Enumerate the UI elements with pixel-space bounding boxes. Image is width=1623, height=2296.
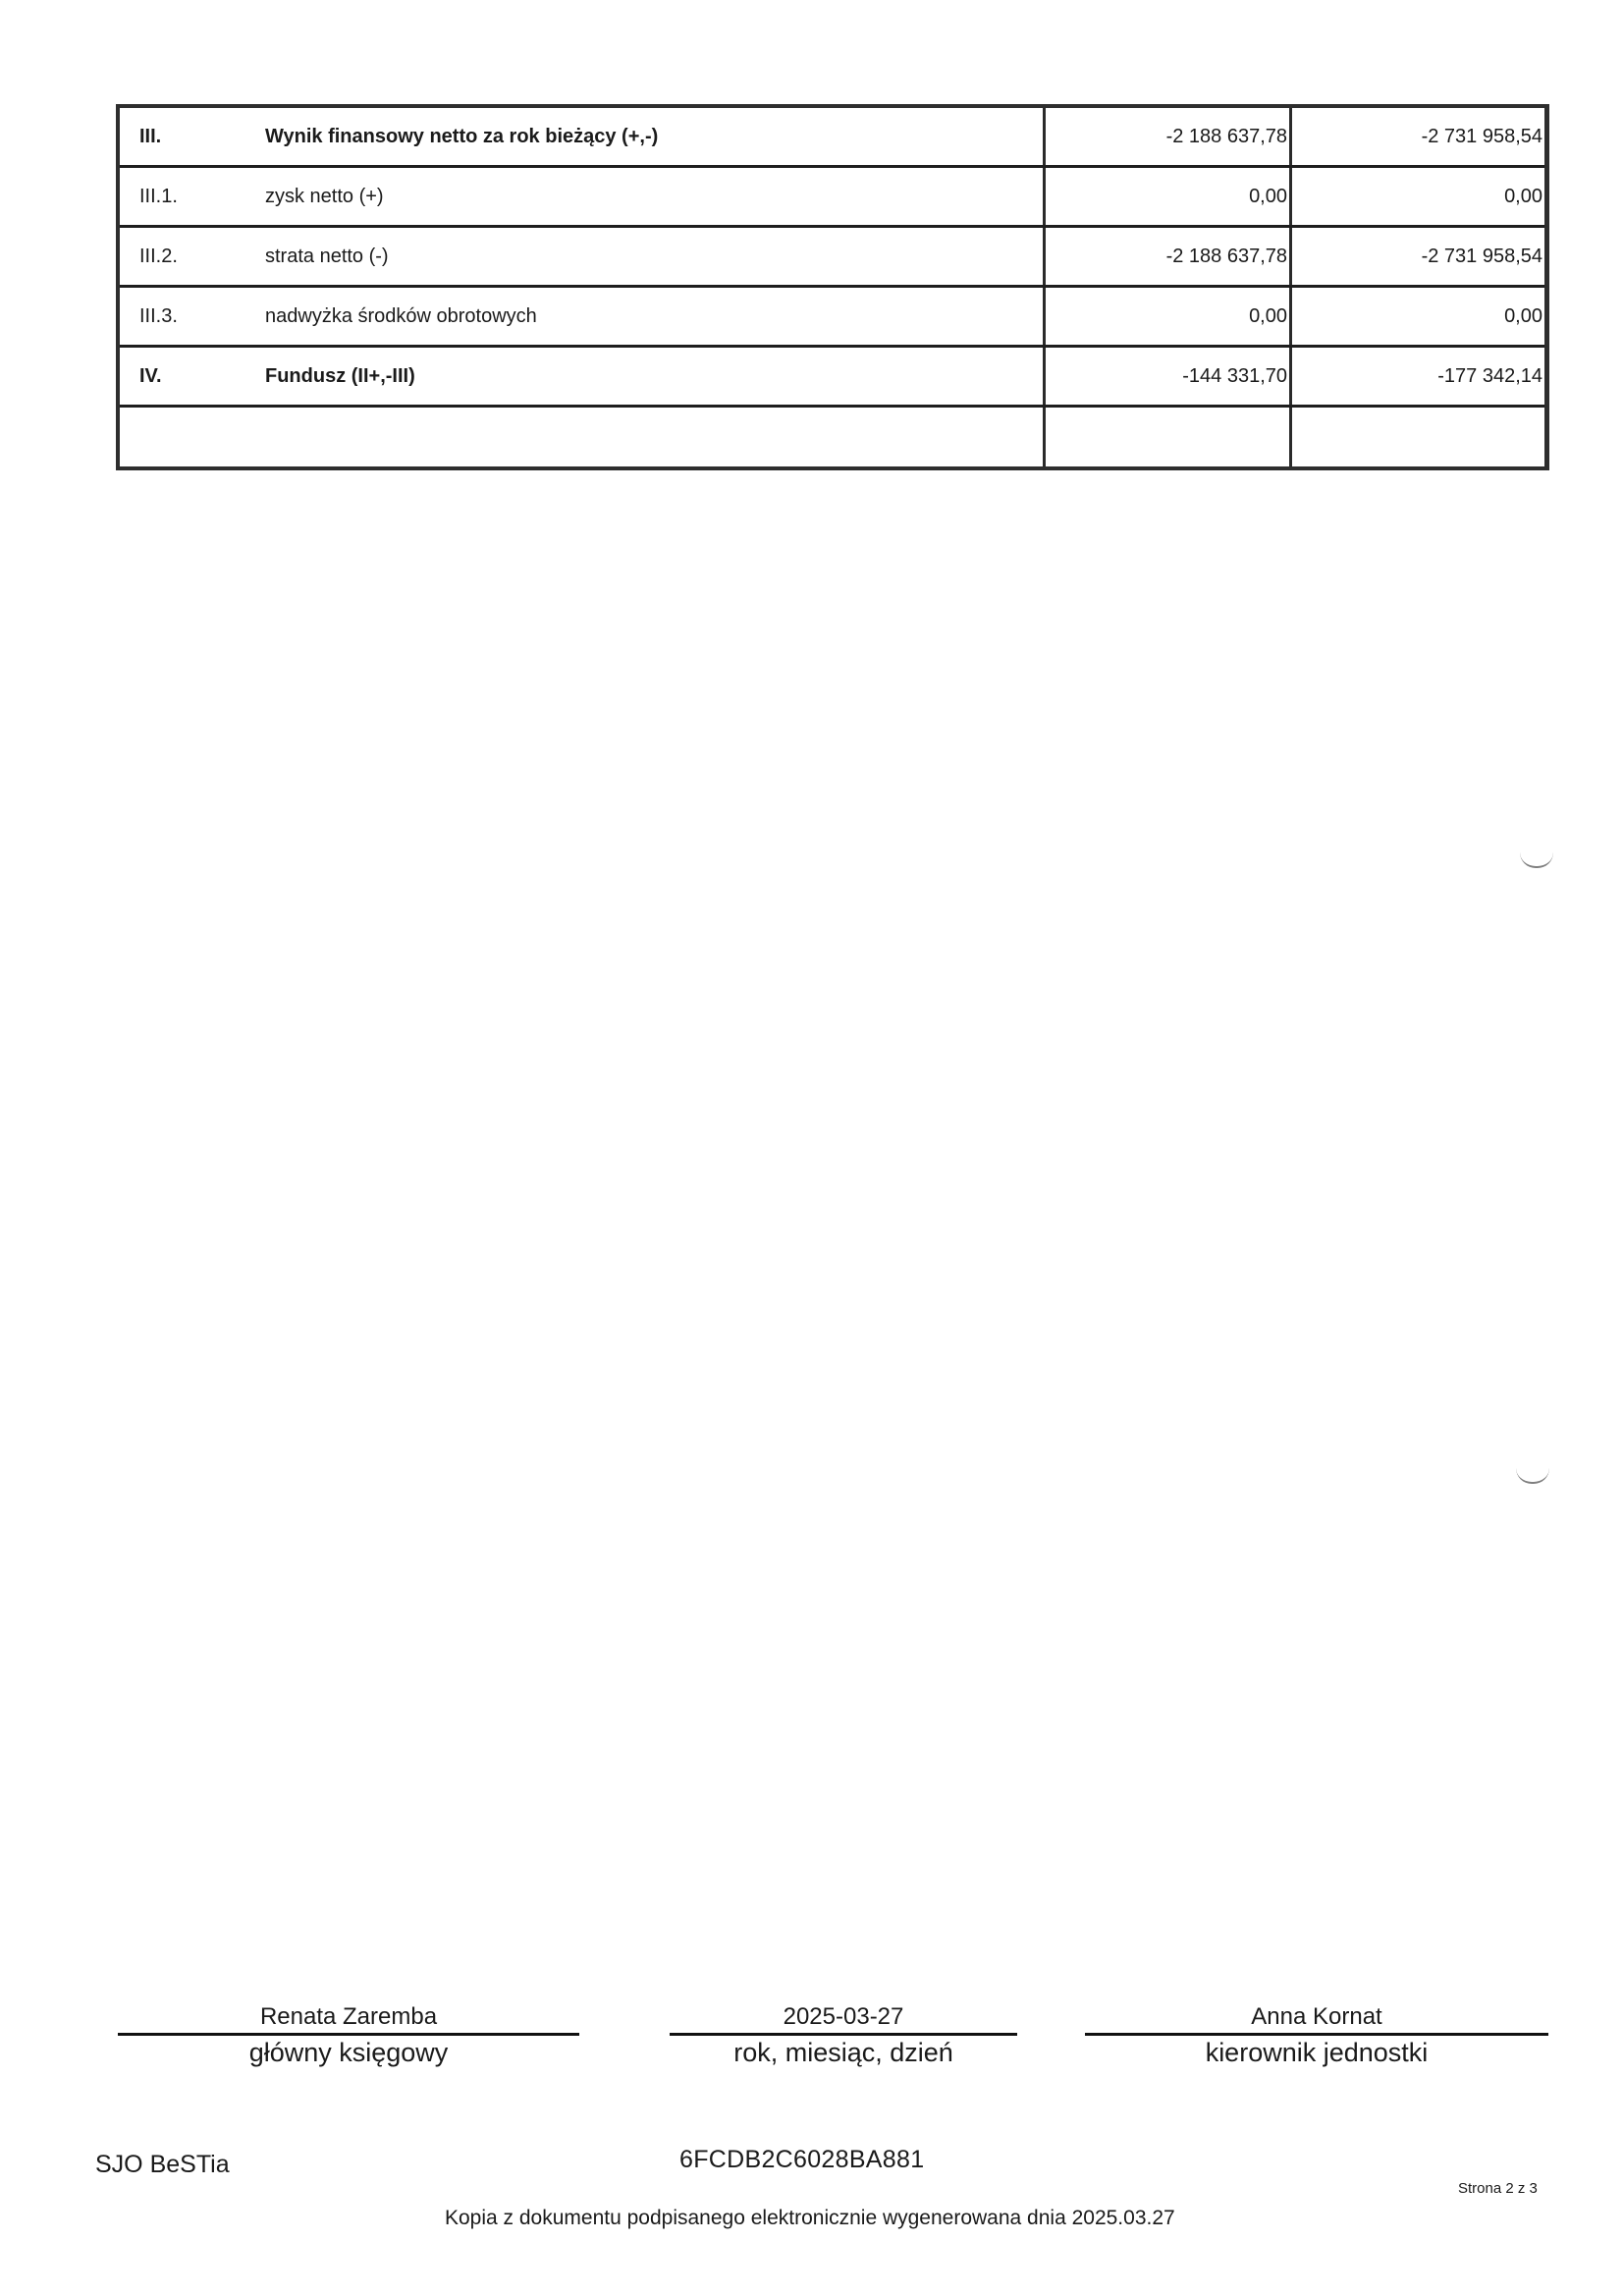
signatory-role: główny księgowy	[118, 2037, 579, 2068]
current-year-value	[1045, 407, 1291, 469]
previous-year-value	[1291, 407, 1547, 469]
previous-year-value: 0,00	[1291, 287, 1547, 347]
table-row: III.3. nadwyżka środków obrotowych 0,00 …	[118, 287, 1547, 347]
punch-hole-mark	[1516, 1468, 1549, 1484]
current-year-value: -2 188 637,78	[1045, 106, 1291, 167]
previous-year-value: -2 731 958,54	[1291, 106, 1547, 167]
previous-year-value: -2 731 958,54	[1291, 227, 1547, 287]
electronic-copy-note: Kopia z dokumentu podpisanego elektronic…	[445, 2207, 1175, 2230]
document-hash: 6FCDB2C6028BA881	[679, 2146, 924, 2174]
signature-date-value: 2025-03-27	[670, 2003, 1017, 2031]
row-number: IV.	[118, 347, 265, 407]
signature-date-caption: rok, miesiąc, dzień	[670, 2037, 1017, 2068]
current-year-value: 0,00	[1045, 287, 1291, 347]
current-year-value: -2 188 637,78	[1045, 227, 1291, 287]
signatory-name: Renata Zaremba	[118, 2003, 579, 2031]
financial-result-table: III. Wynik finansowy netto za rok bieżąc…	[116, 104, 1549, 470]
current-year-value: 0,00	[1045, 167, 1291, 227]
page-number: Strona 2 z 3	[1458, 2180, 1538, 2197]
signature-date: 2025-03-27 rok, miesiąc, dzień	[670, 2003, 1017, 2068]
row-number	[118, 407, 265, 469]
signatory-name: Anna Kornat	[1085, 2003, 1548, 2031]
row-number: III.3.	[118, 287, 265, 347]
row-label: strata netto (-)	[265, 227, 1045, 287]
previous-year-value: -177 342,14	[1291, 347, 1547, 407]
row-label: Fundusz (II+,-III)	[265, 347, 1045, 407]
row-number: III.	[118, 106, 265, 167]
row-label	[265, 407, 1045, 469]
row-label: nadwyżka środków obrotowych	[265, 287, 1045, 347]
row-label: Wynik finansowy netto za rok bieżący (+,…	[265, 106, 1045, 167]
signature-line	[118, 2033, 579, 2036]
signatory-role: kierownik jednostki	[1085, 2037, 1548, 2068]
table-row: III. Wynik finansowy netto za rok bieżąc…	[118, 106, 1547, 167]
signature-head: Anna Kornat kierownik jednostki	[1085, 2003, 1548, 2068]
current-year-value: -144 331,70	[1045, 347, 1291, 407]
table-row: III.2. strata netto (-) -2 188 637,78 -2…	[118, 227, 1547, 287]
system-name: SJO BeSTia	[95, 2151, 230, 2179]
previous-year-value: 0,00	[1291, 167, 1547, 227]
row-label: zysk netto (+)	[265, 167, 1045, 227]
table-row-empty	[118, 407, 1547, 469]
table-row: IV. Fundusz (II+,-III) -144 331,70 -177 …	[118, 347, 1547, 407]
signature-accountant: Renata Zaremba główny księgowy	[118, 2003, 579, 2068]
table-row: III.1. zysk netto (+) 0,00 0,00	[118, 167, 1547, 227]
signature-line	[1085, 2033, 1548, 2036]
signature-line	[670, 2033, 1017, 2036]
punch-hole-mark	[1520, 852, 1553, 868]
row-number: III.2.	[118, 227, 265, 287]
row-number: III.1.	[118, 167, 265, 227]
